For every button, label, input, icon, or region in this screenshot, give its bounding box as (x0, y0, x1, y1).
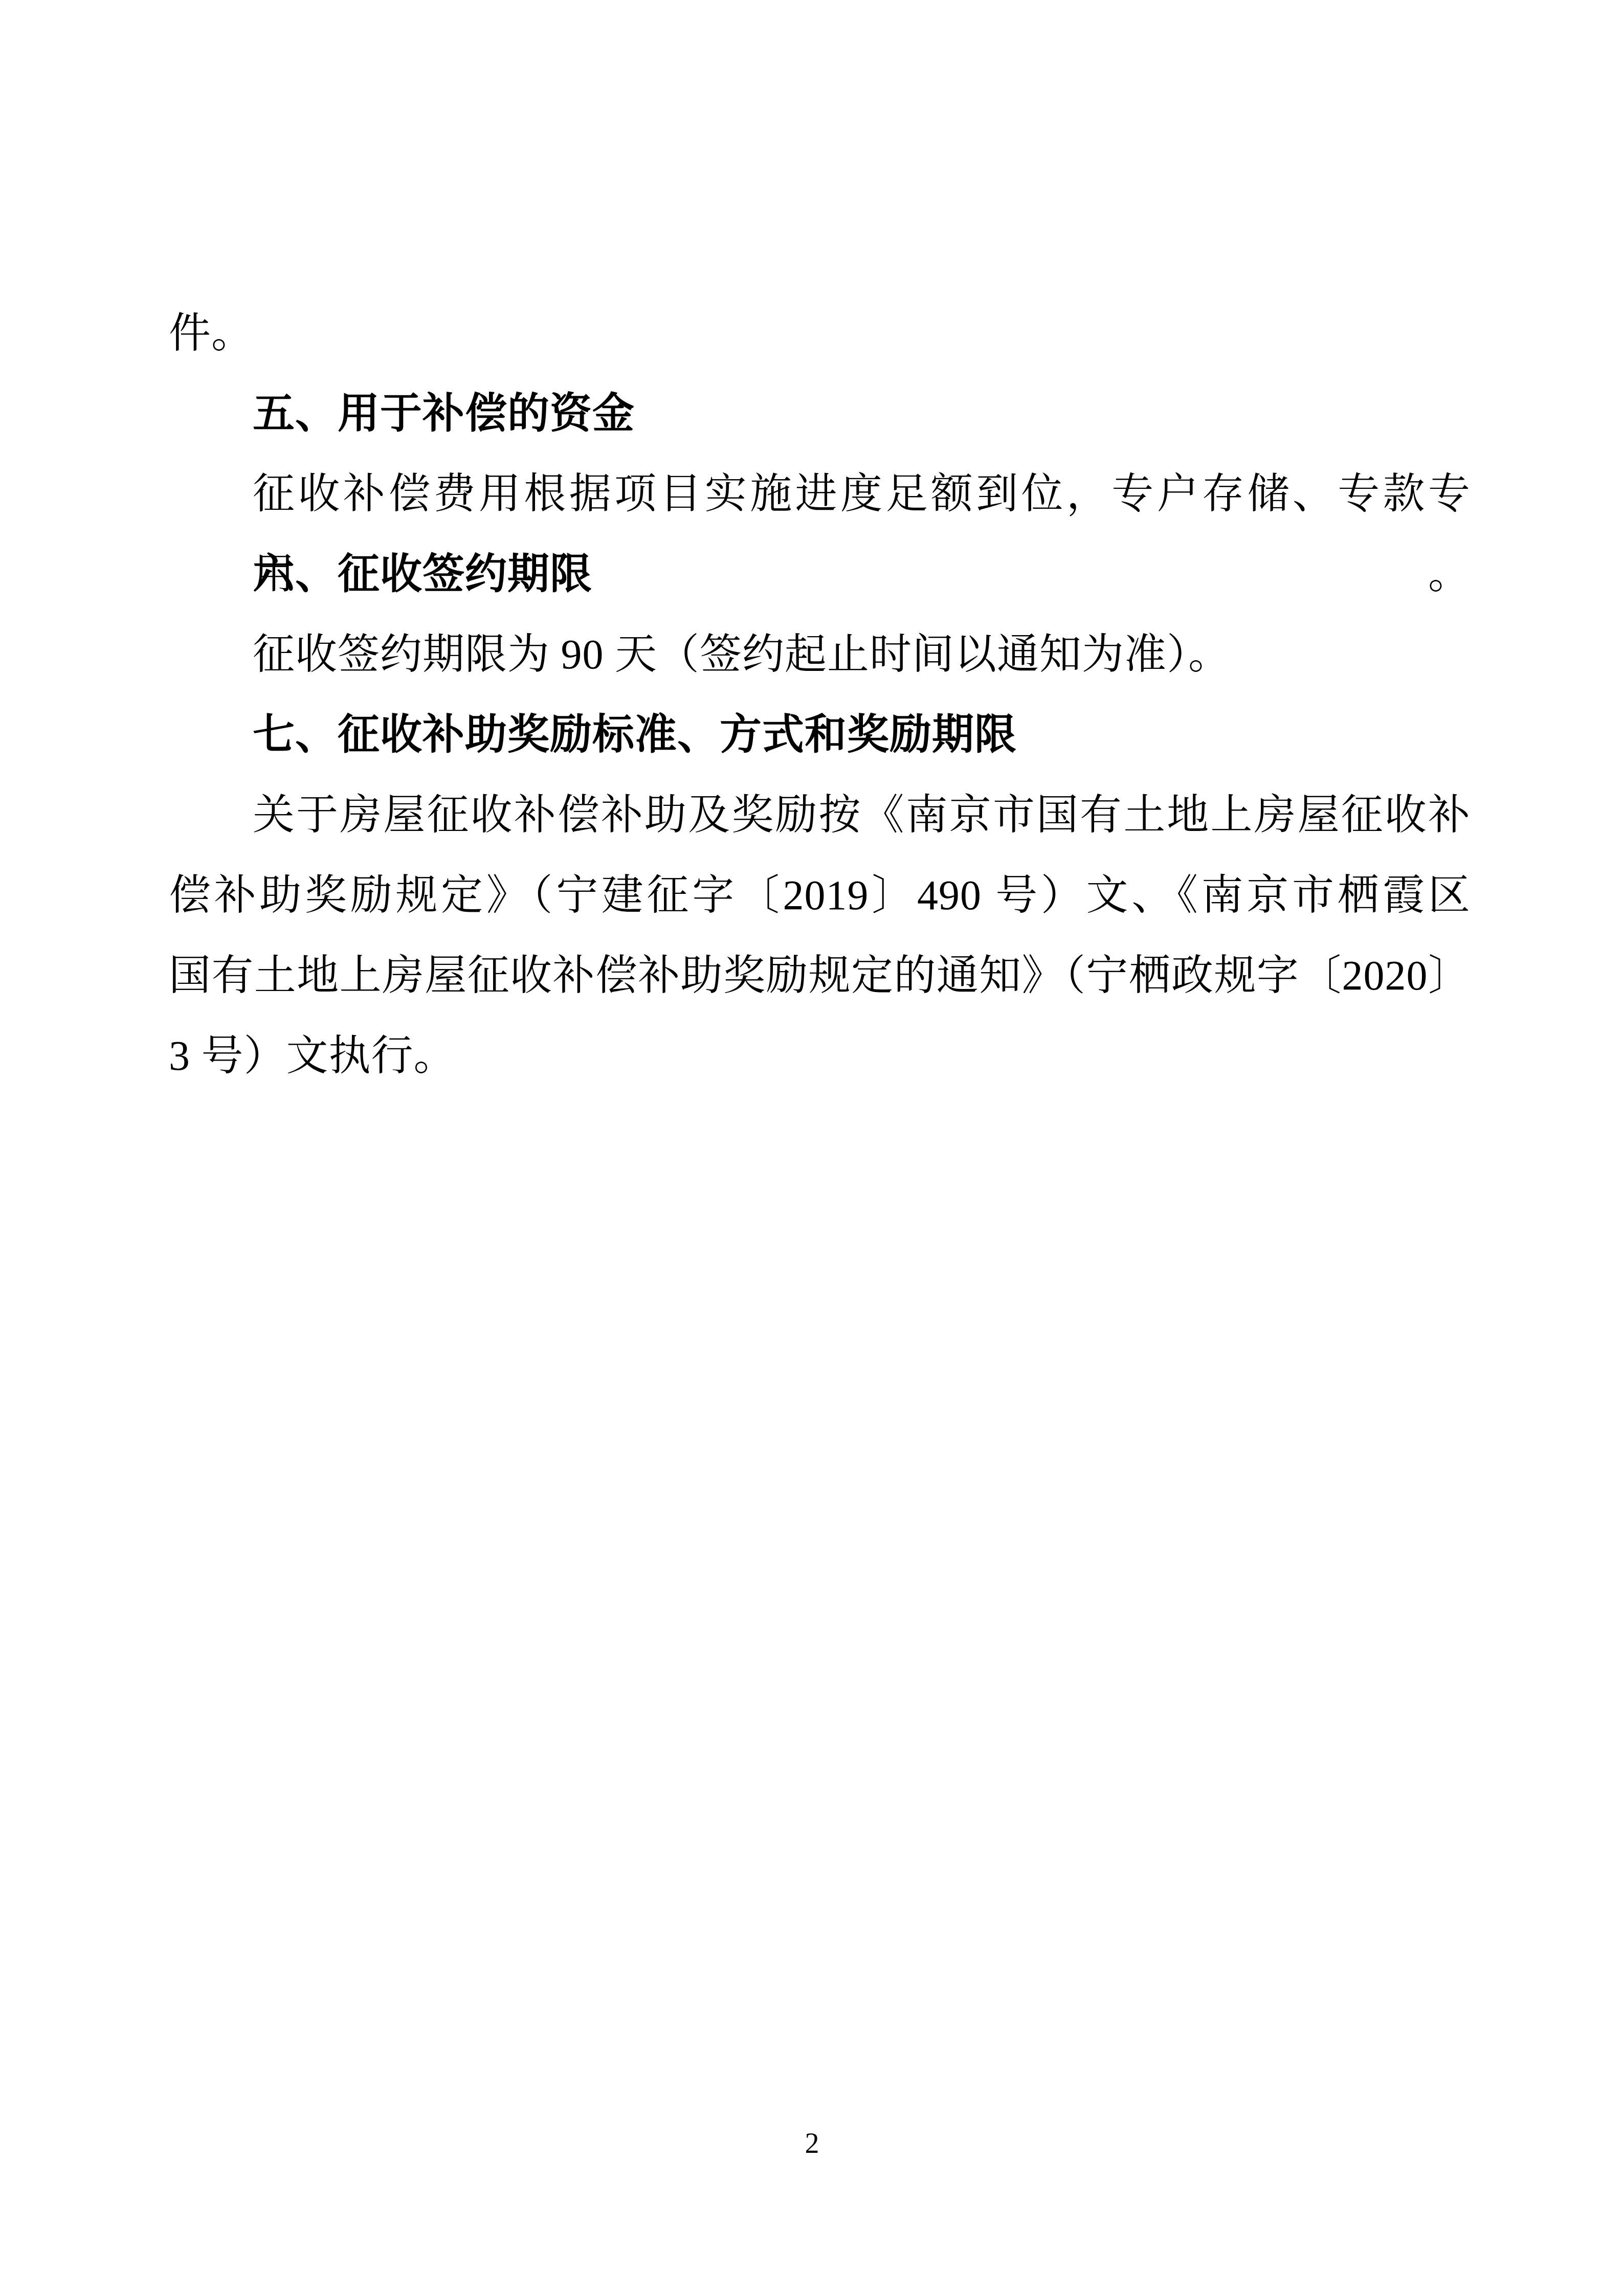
paragraph-line-subsidy-4: 3 号）文执行。 (169, 1016, 1471, 1096)
document-page: 件。 五、用于补偿的资金 征收补偿费用根据项目实施进度足额到位，专户存储、专款专… (0, 0, 1624, 2296)
page-number: 2 (0, 2128, 1624, 2159)
section-heading-7: 七、征收补助奖励标准、方式和奖励期限 (169, 694, 1471, 775)
paragraph-line-subsidy-3: 国有土地上房屋征收补偿补助奖励规定的通知》（宁栖政规字〔2020〕 (169, 935, 1471, 1016)
paragraph-line-subsidy-1: 关于房屋征收补偿补助及奖励按《南京市国有土地上房屋征收补 (169, 775, 1471, 855)
document-body: 件。 五、用于补偿的资金 征收补偿费用根据项目实施进度足额到位，专户存储、专款专… (169, 293, 1471, 1096)
paragraph-line-compensation-funds: 征收补偿费用根据项目实施进度足额到位，专户存储、专款专用。 (169, 454, 1471, 534)
paragraph-continuation-line: 件。 (169, 293, 1471, 373)
paragraph-line-subsidy-2: 偿补助奖励规定》（宁建征字〔2019〕490 号）文、《南京市栖霞区 (169, 855, 1471, 935)
section-heading-5: 五、用于补偿的资金 (169, 373, 1471, 454)
paragraph-line-signing-period: 征收签约期限为 90 天（签约起止时间以通知为准）。 (169, 614, 1471, 694)
